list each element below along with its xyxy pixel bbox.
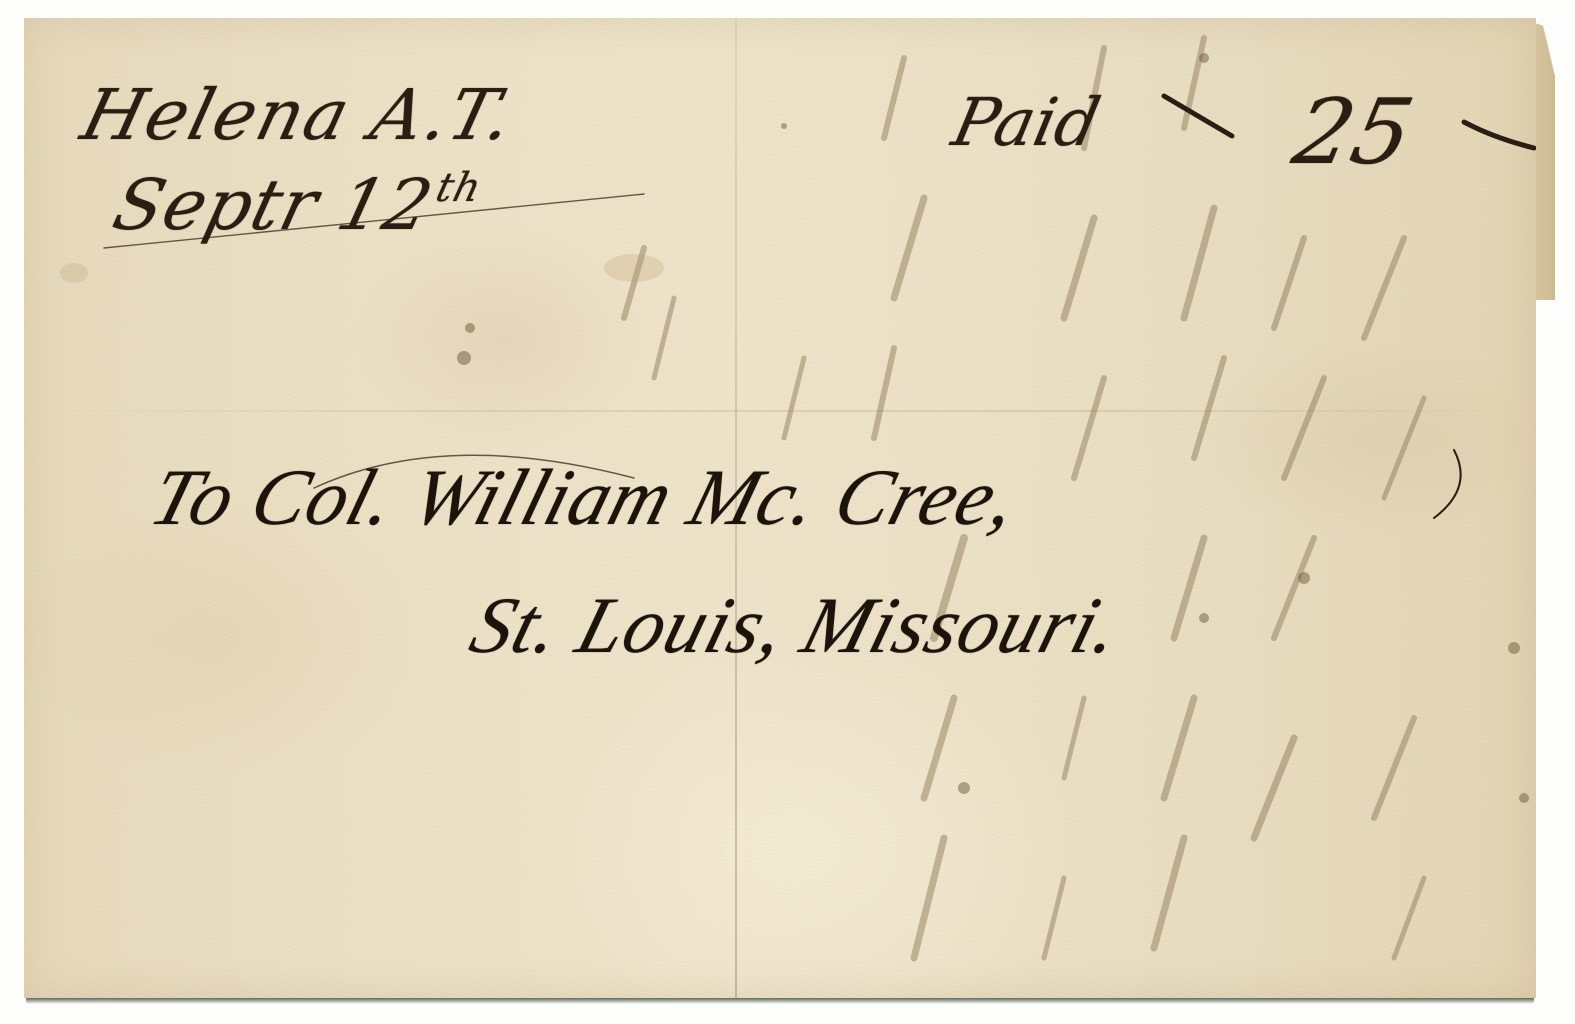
addressee-line: To Col. William Mc. Cree, [143,458,1027,538]
paid-marking: Paid [947,90,1105,156]
origin-date-month: Septr 12 [106,164,442,246]
horizontal-fold [24,410,1536,412]
origin-date: Septr 12th [107,168,486,240]
origin-place: Helena A.T. [75,80,521,150]
postage-rate: 25 [1286,88,1420,178]
letter-sheet: Helena A.T. Septr 12th Paid 25 To Col. W… [24,18,1536,998]
origin-date-suffix: th [431,165,486,211]
address-city-line: St. Louis, Missouri. [463,586,1131,666]
scanned-cover: Helena A.T. Septr 12th Paid 25 To Col. W… [0,0,1575,1024]
